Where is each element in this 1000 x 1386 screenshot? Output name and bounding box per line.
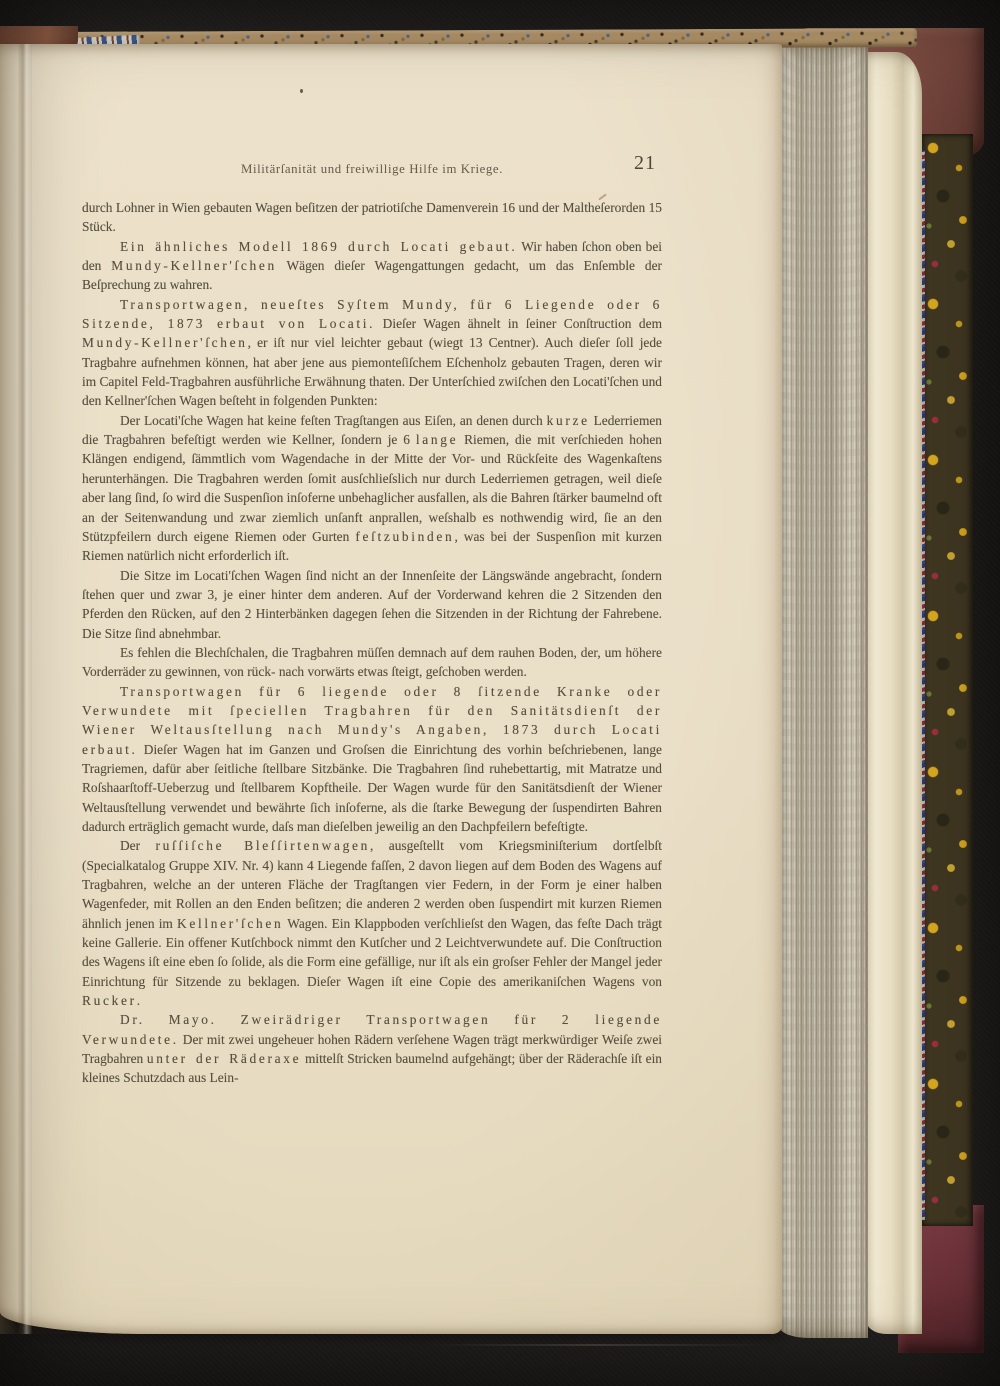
text-segment: . bbox=[137, 993, 140, 1008]
paragraph: Der ruſſiſche Bleſſirtenwagen, ausgeſtel… bbox=[82, 836, 662, 1010]
gutter-shadow bbox=[0, 44, 18, 1334]
spaced-text-segment: unter der Räderaxe bbox=[147, 1051, 301, 1066]
text-segment: Die Sitze im Locati'ſchen Wagen ſind nic… bbox=[82, 568, 662, 641]
text-segment: Dieſer Wagen ähnelt in ſeiner Conſtructi… bbox=[375, 316, 662, 331]
text-segment: Dieſer Wagen hat im Ganzen und Groſsen d… bbox=[82, 742, 662, 834]
paragraph: durch Lohner in Wien gebauten Wagen beſi… bbox=[82, 198, 662, 237]
ink-speck bbox=[300, 89, 303, 93]
surface-reflection bbox=[432, 1344, 762, 1346]
paragraph: Dr. Mayo. Zweirädriger Transportwagen fü… bbox=[82, 1010, 662, 1087]
text-segment: Der bbox=[120, 838, 156, 853]
paragraph: Transportwagen, neueſtes Syſtem Mundy, f… bbox=[82, 295, 662, 411]
page-crease bbox=[18, 44, 32, 1334]
spaced-text-segment: Mundy-Kellner'ſchen bbox=[111, 258, 277, 273]
spaced-text-segment: ruſſiſche Bleſſirtenwagen bbox=[156, 838, 370, 853]
paragraph: Es fehlen die Blechſchalen, die Tragbahr… bbox=[82, 643, 662, 682]
page-number: 21 bbox=[634, 152, 656, 175]
spaced-text-segment: Rucker bbox=[82, 993, 137, 1008]
spaced-text-segment: feſtzubinden bbox=[355, 529, 454, 544]
spaced-text-segment: Kellner'ſchen bbox=[177, 916, 283, 931]
text-segment: durch Lohner in Wien gebauten Wagen beſi… bbox=[82, 200, 662, 234]
book-scan-photo: Militärſanität und freiwillige Hilfe im … bbox=[0, 0, 1000, 1386]
spaced-text-segment: Mundy-Kellner'ſchen bbox=[82, 335, 248, 350]
running-header: Militärſanität und freiwillige Hilfe im … bbox=[82, 162, 662, 177]
book-page: Militärſanität und freiwillige Hilfe im … bbox=[0, 44, 782, 1334]
paragraph: Transportwagen für 6 liegende oder 8 ſit… bbox=[82, 682, 662, 837]
page-header: Militärſanität und freiwillige Hilfe im … bbox=[82, 156, 662, 182]
spaced-text-segment: lange bbox=[416, 432, 458, 447]
paragraph: Der Locati'ſche Wagen hat keine feſten T… bbox=[82, 411, 662, 566]
paragraph: Ein ähnliches Modell 1869 durch Locati g… bbox=[82, 237, 662, 295]
text-segment: Riemen, die mit verſchieden hohen Klänge… bbox=[82, 432, 662, 544]
page-text: durch Lohner in Wien gebauten Wagen beſi… bbox=[82, 198, 662, 1088]
text-segment: Es fehlen die Blechſchalen, die Tragbahr… bbox=[82, 645, 662, 679]
text-segment: Der Locati'ſche Wagen hat keine feſten T… bbox=[120, 413, 547, 428]
fore-edge-page-stack bbox=[779, 46, 868, 1338]
flyleaf-page-edge bbox=[866, 52, 922, 1334]
spaced-text-segment: kurze bbox=[547, 413, 590, 428]
spaced-text-segment: Ein ähnliches Modell 1869 durch Locati g… bbox=[120, 239, 517, 254]
paragraph: Die Sitze im Locati'ſchen Wagen ſind nic… bbox=[82, 566, 662, 643]
marbled-cover-edge bbox=[921, 134, 973, 1226]
